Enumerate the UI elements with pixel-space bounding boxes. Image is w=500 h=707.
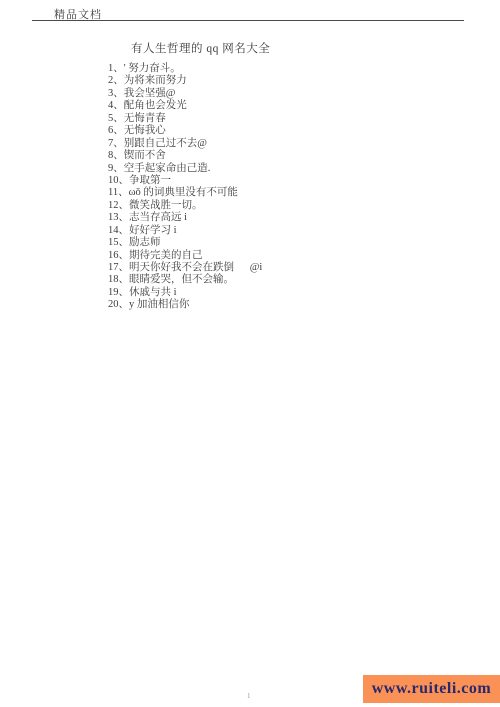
list-item: 4、配角也会发光 xyxy=(108,100,428,112)
list-item: 13、志当存高远 i xyxy=(108,212,428,224)
list-item: 2、为将来而努力 xyxy=(108,75,428,87)
list-item: 9、空手起家命由己造. xyxy=(108,163,428,175)
header-divider xyxy=(32,20,464,21)
list-item: 7、别跟自己过不去@ xyxy=(108,138,428,150)
list-item: 5、无悔青春 xyxy=(108,113,428,125)
page-number: 1 xyxy=(247,692,251,700)
website-url-text: www.ruiteli.com xyxy=(372,680,491,698)
list-item: 8、锲而不舍 xyxy=(108,150,428,162)
list-item: 1、' 努力奋斗。 xyxy=(108,63,428,75)
list-item: 3、我会坚强@ xyxy=(108,88,428,100)
document-page: 精品文档 有人生哲理的 qq 网名大全 1、' 努力奋斗。 2、为将来而努力 3… xyxy=(0,0,500,707)
list-item: 6、无悔我心 xyxy=(108,125,428,137)
list-item: 11、ωǒ 的词典里没有不可能 xyxy=(108,187,428,199)
list-item: 19、休戚与共 i xyxy=(108,287,428,299)
qq-name-list: 1、' 努力奋斗。 2、为将来而努力 3、我会坚强@ 4、配角也会发光 5、无悔… xyxy=(108,63,428,312)
list-item: 10、争取第一 xyxy=(108,175,428,187)
page-title: 有人生哲理的 qq 网名大全 xyxy=(131,40,270,56)
list-item: 20、y 加油相信你 xyxy=(108,299,428,311)
list-item: 12、微笑战胜一切。 xyxy=(108,200,428,212)
website-banner-link[interactable]: www.ruiteli.com xyxy=(363,675,500,703)
list-item: 18、眼睛爱哭，但不会输。 xyxy=(108,274,428,286)
list-item: 17、明天你好我不会在跌倒 @i xyxy=(108,262,428,274)
list-item: 15、励志师 xyxy=(108,237,428,249)
list-item: 14、好好学习 i xyxy=(108,225,428,237)
list-item: 16、期待完美的自己 xyxy=(108,250,428,262)
